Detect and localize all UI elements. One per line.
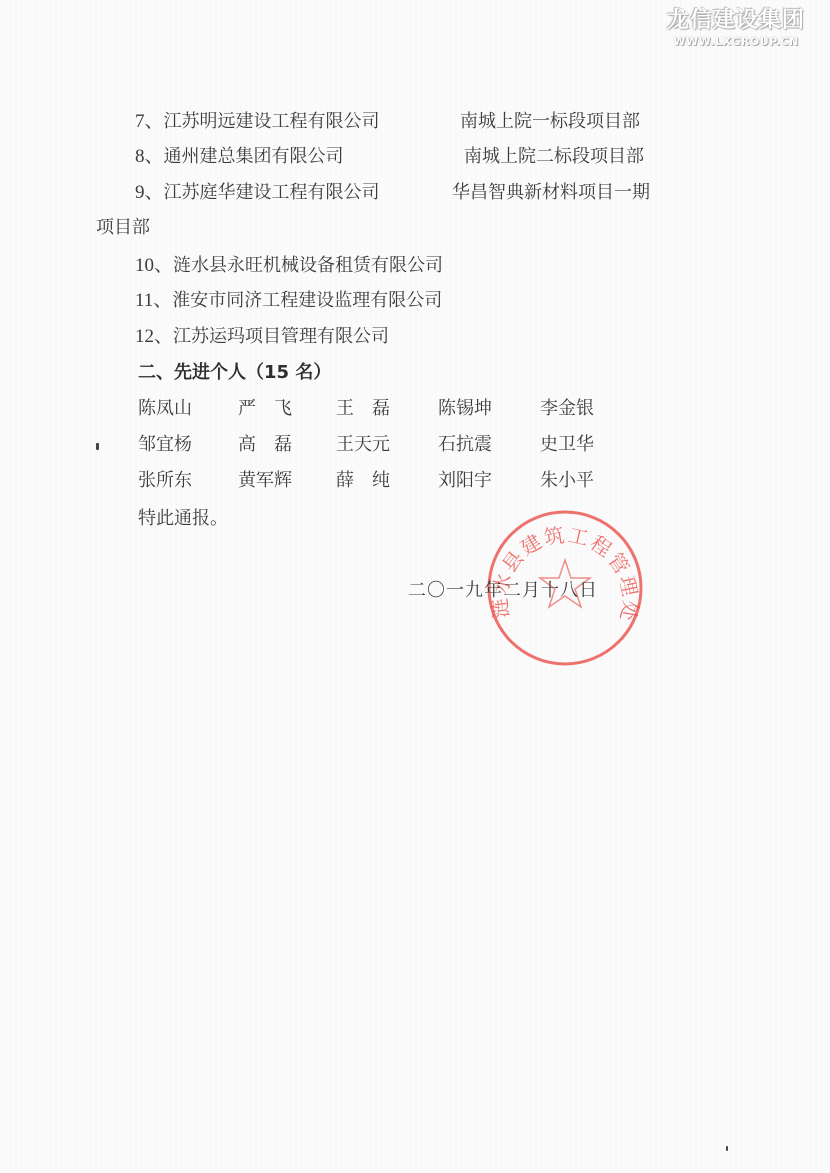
project-name-8: 南城上院二标段项目部 xyxy=(464,145,644,169)
document-date: 二〇一九年二月十八日 xyxy=(408,579,598,603)
company-item-10: 10、涟水县永旺机械设备租赁有限公司 xyxy=(135,254,443,278)
company-item-12: 12、江苏运玛项目管理有限公司 xyxy=(135,325,389,349)
company-name: 江苏明远建设工程有限公司 xyxy=(164,111,380,132)
watermark-url: WWW.LXGROUP.CN xyxy=(650,34,822,50)
company-item-8: 8、通州建总集团有限公司 xyxy=(135,145,344,169)
project-name-9: 华昌智典新材料项目一期 xyxy=(452,181,650,205)
company-item-9: 9、江苏庭华建设工程有限公司 xyxy=(135,181,380,205)
individual-name: 高 磊 xyxy=(238,433,292,457)
individual-name: 薛 纯 xyxy=(336,469,390,493)
item-number: 10、 xyxy=(135,255,173,276)
svg-text:涟水县建筑工程管理处: 涟水县建筑工程管理处 xyxy=(487,523,642,625)
company-name: 涟水县永旺机械设备租赁有限公司 xyxy=(173,255,443,276)
individual-name: 史卫华 xyxy=(540,433,594,457)
item-number: 7、 xyxy=(135,111,164,132)
company-name: 江苏庭华建设工程有限公司 xyxy=(164,182,380,203)
project-name-9-continued: 项目部 xyxy=(96,216,150,240)
closing-text: 特此通报。 xyxy=(138,507,228,531)
company-name: 淮安市同济工程建设监理有限公司 xyxy=(172,290,442,311)
project-name-7: 南城上院一标段项目部 xyxy=(460,110,640,134)
individual-name: 李金银 xyxy=(540,397,594,421)
document-page: 龙信建设集团 WWW.LXGROUP.CN 7、江苏明远建设工程有限公司 南城上… xyxy=(0,0,830,1173)
item-number: 12、 xyxy=(135,326,173,347)
item-number: 8、 xyxy=(135,146,164,167)
individual-name: 王天元 xyxy=(336,433,390,457)
individual-name: 邹宜杨 xyxy=(138,433,192,457)
section-heading: 二、先进个人（15 名） xyxy=(138,361,331,385)
individual-name: 刘阳宇 xyxy=(438,469,492,493)
individual-name: 石抗震 xyxy=(438,433,492,457)
individual-name: 严 飞 xyxy=(238,397,292,421)
company-name: 江苏运玛项目管理有限公司 xyxy=(173,326,389,347)
company-item-7: 7、江苏明远建设工程有限公司 xyxy=(135,110,380,134)
individual-name: 张所东 xyxy=(138,469,192,493)
individual-name: 陈凤山 xyxy=(138,397,192,421)
company-name: 通州建总集团有限公司 xyxy=(164,146,344,167)
company-item-11: 11、淮安市同济工程建设监理有限公司 xyxy=(135,289,442,313)
item-number: 11、 xyxy=(135,290,172,311)
watermark: 龙信建设集团 WWW.LXGROUP.CN xyxy=(650,8,822,50)
individual-name: 朱小平 xyxy=(540,469,594,493)
scan-speck xyxy=(726,1146,728,1151)
individual-name: 陈锡坤 xyxy=(438,397,492,421)
individual-name: 黄军辉 xyxy=(238,469,292,493)
item-number: 9、 xyxy=(135,182,164,203)
watermark-title: 龙信建设集团 xyxy=(650,8,822,34)
scan-speck xyxy=(96,443,99,450)
individual-name: 王 磊 xyxy=(336,397,390,421)
